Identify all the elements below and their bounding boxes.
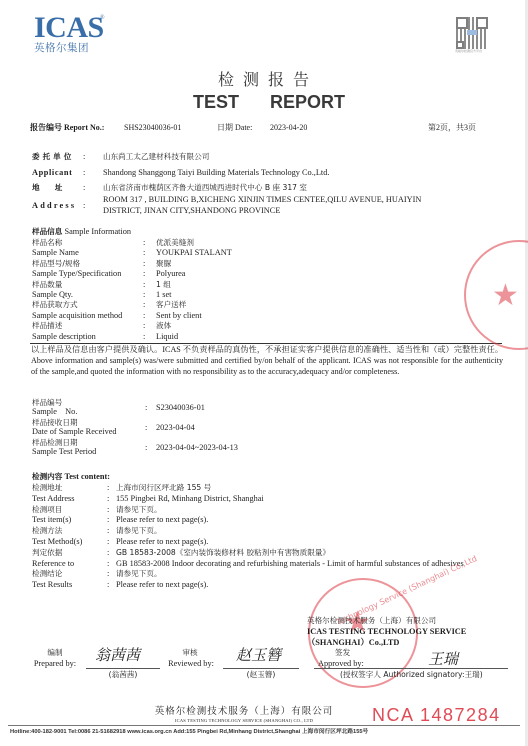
row-label: Test item(s) <box>32 515 71 525</box>
address-cn-label: 地 址 <box>32 183 62 192</box>
applicant-en: Shandong Shanggong Taiyi Building Materi… <box>103 168 329 178</box>
colon: : <box>143 290 145 300</box>
colon: : <box>107 559 109 569</box>
colon: : <box>83 201 85 211</box>
prepared-name: (翁茜茜) <box>86 670 160 679</box>
approved-name: (授权签字人 Authorized signatory:王瑞) <box>340 670 483 679</box>
date-label: 日期 Date: <box>217 123 252 133</box>
row-value: GB 18583-2008 Indoor decorating and refu… <box>116 559 464 569</box>
row-label: 检测结论 <box>32 569 62 578</box>
detail-value: 2023-04-04~2023-04-13 <box>156 443 238 453</box>
row-value: Please refer to next page(s). <box>116 515 208 525</box>
row-value: 液体 <box>156 321 171 330</box>
reviewed-signature: 赵玉簪 <box>236 646 281 664</box>
qr-code-icon <box>456 17 488 49</box>
row-value: 155 Pingbei Rd, Minhang District, Shangh… <box>116 494 264 504</box>
row-label: Sample Type/Specification <box>32 269 121 279</box>
sample-info-heading: 样品信息 Sample Information <box>32 227 131 237</box>
colon: : <box>143 269 145 279</box>
reviewed-name: (赵玉簪) <box>223 670 299 679</box>
issuer-en-line1: ICAS TESTING TECHNOLOGY SERVICE <box>307 627 466 637</box>
detail-label-en: Sample Test Period <box>32 447 96 457</box>
row-label: Reference to <box>32 559 74 569</box>
row-label: 样品获取方式 <box>32 300 78 309</box>
signature-line <box>223 668 299 669</box>
qr-caption: 英格尔检测官方平台 <box>455 50 482 54</box>
colon: : <box>107 483 109 493</box>
colon: : <box>83 168 85 178</box>
row-label: 检测地址 <box>32 483 62 492</box>
row-value: 1 set <box>156 290 171 300</box>
colon: : <box>143 259 145 269</box>
row-value: Please refer to next page(s). <box>116 580 208 590</box>
colon: : <box>143 311 145 321</box>
address-en-label: Address <box>32 201 76 211</box>
row-value: Liquid <box>156 332 178 342</box>
row-label: Sample Name <box>32 248 79 258</box>
title-chinese: 检测报告 <box>0 70 528 89</box>
row-value: Sent by client <box>156 311 202 321</box>
colon: : <box>83 183 85 193</box>
row-label: 样品描述 <box>32 321 62 330</box>
page-info: 第2页，共3页 <box>428 123 476 133</box>
signature-line <box>86 668 160 669</box>
side-stamp-star-icon: ★ <box>492 278 519 314</box>
logo-text: ICAS <box>34 15 104 41</box>
colon: : <box>107 505 109 515</box>
colon: : <box>143 280 145 290</box>
detail-label-cn: 样品接收日期 <box>32 418 78 427</box>
colon: : <box>107 580 109 590</box>
row-value: Please refer to next page(s). <box>116 537 208 547</box>
issuer-cn: 英格尔检测技术服务（上海）有限公司 <box>307 616 436 625</box>
row-value: 优派美缝剂 <box>156 238 194 247</box>
colon: : <box>145 423 147 433</box>
title-english: TEST REPORT <box>0 92 528 114</box>
prepared-en-label: Prepared by: <box>26 659 84 669</box>
row-label: Test Address <box>32 494 75 504</box>
colon: : <box>107 537 109 547</box>
nca-number: NCA 1487284 <box>372 705 501 727</box>
applicant-cn-label: 委托单位 <box>32 152 74 161</box>
row-label: 样品名称 <box>32 238 62 247</box>
detail-value: S23040036-01 <box>156 403 205 413</box>
issuer-en-line2: （SHANGHAI）Co.,LTD <box>307 638 399 648</box>
applicant-en-label: Applicant <box>32 168 72 178</box>
reviewed-en-label: Reviewed by: <box>163 659 219 669</box>
address-en-line1: ROOM 317 , BUILDING B,XICHENG XINJIN TIM… <box>103 195 421 205</box>
row-label: 检测项目 <box>32 505 62 514</box>
row-label: Test Method(s) <box>32 537 82 547</box>
colon: : <box>107 548 109 558</box>
row-value: 请参见下页。 <box>116 569 162 578</box>
row-label: Sample Qty. <box>32 290 73 300</box>
row-value: 上海市闵行区坪北路 155 号 <box>116 483 211 492</box>
test-content-heading: 检测内容 Test content: <box>32 472 110 482</box>
row-label: 样品型号/规格 <box>32 259 80 268</box>
row-label: Sample acquisition method <box>32 311 122 321</box>
detail-label-en: Date of Sample Received <box>32 427 117 437</box>
prepared-signature: 翁茜茜 <box>95 646 140 664</box>
colon: : <box>107 569 109 579</box>
registered-mark: ® <box>100 15 105 22</box>
row-label: 判定依据 <box>32 548 62 557</box>
row-value: 请参见下页。 <box>116 526 162 535</box>
colon: : <box>145 443 147 453</box>
row-value: GB 18583-2008《室内装饰装修材料 胶粘剂中有害物质限量》 <box>116 548 330 557</box>
approved-signature: 王瑞 <box>428 650 458 668</box>
row-label: 样品数量 <box>32 280 62 289</box>
colon: : <box>143 238 145 248</box>
row-label: Sample description <box>32 332 96 342</box>
colon: : <box>143 321 145 331</box>
colon: : <box>107 526 109 536</box>
prepared-cn-label: 编制 <box>30 648 80 657</box>
footer-contact: Hotline:400-182-9001 Tel:0086 21-5168291… <box>10 729 368 736</box>
report-number: SHS23040036-01 <box>124 123 181 133</box>
signature-line <box>314 668 508 669</box>
approved-cn-label: 签发 <box>335 648 350 657</box>
row-label: Test Results <box>32 580 72 590</box>
address-cn: 山东省济南市槐荫区齐鲁大道西城西进时代中心 B 座 317 室 <box>103 183 307 192</box>
report-number-label: 报告编号 Report No.: <box>30 123 104 133</box>
colon: : <box>143 332 145 342</box>
address-en-line2: DISTRICT, JINAN CITY,SHANDONG PROVINCE <box>103 206 280 216</box>
detail-value: 2023-04-04 <box>156 423 195 433</box>
row-value: YOUKPAI STALANT <box>156 248 232 258</box>
colon: : <box>83 152 85 162</box>
report-date: 2023-04-20 <box>270 123 307 133</box>
applicant-cn: 山东尚工太乙建材科技有限公司 <box>103 152 209 161</box>
reviewed-cn-label: 审核 <box>165 648 215 657</box>
colon: : <box>143 248 145 258</box>
detail-label-cn: 样品编号 <box>32 398 62 407</box>
row-value: 聚脲 <box>156 259 171 268</box>
row-value: 客户送样 <box>156 300 186 309</box>
row-label: 检测方法 <box>32 526 62 535</box>
colon: : <box>107 494 109 504</box>
colon: : <box>145 403 147 413</box>
detail-label-en: Sample No. <box>32 407 77 417</box>
colon: : <box>107 515 109 525</box>
disclaimer: 以上样品及信息由客户提供及确认。ICAS 不负责样品的真伪性，不承担证实客户提供… <box>31 344 503 377</box>
detail-label-cn: 样品检测日期 <box>32 438 78 447</box>
footer-divider <box>8 725 520 726</box>
row-value: 请参见下页。 <box>116 505 162 514</box>
icas-logo: ICAS ® 英格尔集团 <box>34 15 104 55</box>
row-value: 1 组 <box>156 280 171 289</box>
row-value: Polyurea <box>156 269 186 279</box>
colon: : <box>143 300 145 310</box>
